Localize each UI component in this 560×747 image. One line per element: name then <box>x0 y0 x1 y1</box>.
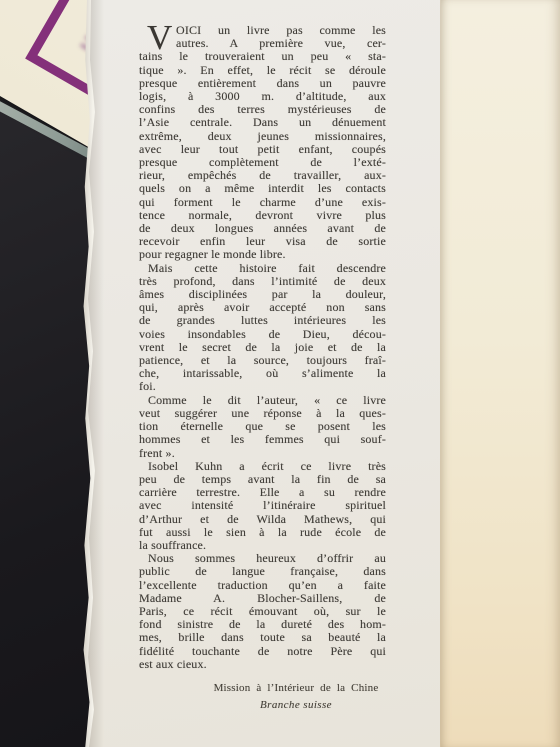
drop-cap-letter: V <box>147 24 172 50</box>
text-line: d’Arthur et de Wilda Mathews, qui <box>139 513 386 526</box>
paragraph: Nous sommes heureux d’offrir aupublic de… <box>139 552 386 671</box>
publisher-signature: Mission à l’Intérieur de la Chine Branch… <box>181 681 411 712</box>
text-line: Madame A. Blocher-Saillens, de <box>139 592 386 605</box>
mission-name: Mission à l’Intérieur de la Chine <box>181 681 411 695</box>
text-line: Mais cette histoire fait descendre <box>139 262 386 275</box>
branch-name: Branche suisse <box>181 698 411 712</box>
text-column: VOICI un livre pas comme lesautres. A pr… <box>139 24 386 671</box>
text-line: extrême, deux jeunes missionnaires, <box>139 130 386 143</box>
text-line: pour regagner le monde libre. <box>139 248 386 261</box>
text-line: hommes et les femmes qui souf- <box>139 433 386 446</box>
text-line: tique ». En effet, le récit se déroule <box>139 64 386 77</box>
text-line: est aux cieux. <box>139 658 386 671</box>
text-line: Comme le dit l’auteur, « ce livre <box>139 394 386 407</box>
text-line: voies insondables de Dieu, décou- <box>139 328 386 341</box>
paragraph: VOICI un livre pas comme lesautres. A pr… <box>139 24 386 262</box>
text-line: quels on a même interdit les contacts <box>139 182 386 195</box>
text-line: avec intensité l’itinéraire spirituel <box>139 499 386 512</box>
text-line: l’excellente traduction qu’en a faite <box>139 579 386 592</box>
text-line: Isobel Kuhn a écrit ce livre très <box>139 460 386 473</box>
text-line: tains le trouveraient un peu « sta- <box>139 50 386 63</box>
text-line: fut aussi le sien à la rude école de <box>139 526 386 539</box>
photograph-of-book-flap: VOICI un livre pas comme lesautres. A pr… <box>0 0 560 747</box>
paragraph: Mais cette histoire fait descendretrès p… <box>139 262 386 394</box>
book-cover-strip <box>440 0 560 747</box>
paragraph: Comme le dit l’auteur, « ce livreveut su… <box>139 394 386 460</box>
text-line: qui forment le charme d’une exis- <box>139 196 386 209</box>
text-line: fidélité touchante de notre Père qui <box>139 645 386 658</box>
text-line: l’Asie centrale. Dans un dénuement <box>139 116 386 129</box>
text-line: che, intarissable, où s’alimente la <box>139 367 386 380</box>
paragraph: Isobel Kuhn a écrit ce livre trèspeu de … <box>139 460 386 552</box>
text-line: mes, brille dans toute sa beauté la <box>139 631 386 644</box>
text-line: frent ». <box>139 447 386 460</box>
text-line: public de langue française, dans <box>139 565 386 578</box>
text-line: foi. <box>139 380 386 393</box>
text-line: de grandes luttes intérieures les <box>139 314 386 327</box>
